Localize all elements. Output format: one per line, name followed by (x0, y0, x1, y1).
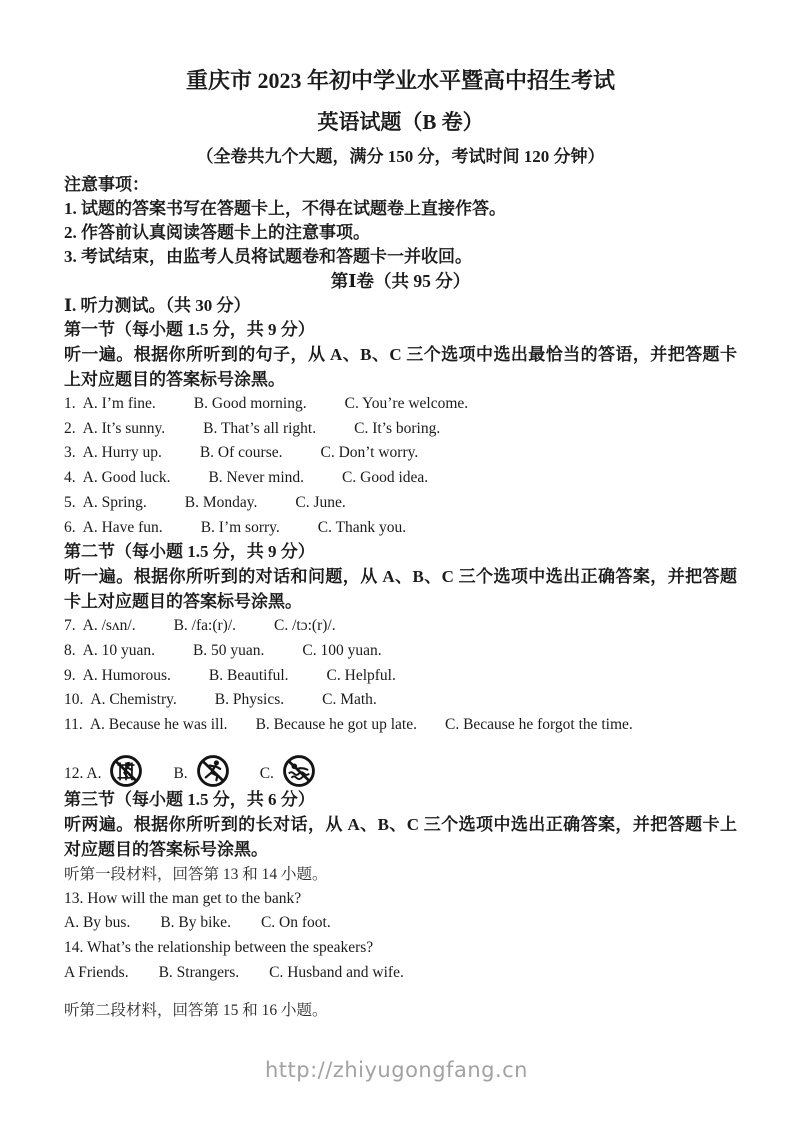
option-c: C. Husband and wife. (269, 964, 404, 981)
option-a: A. 10 yuan. (83, 642, 155, 659)
question-6: 6.A. Have fun.B. I’m sorry.C. Thank you. (64, 516, 737, 541)
no-swimming-sign-icon (282, 754, 316, 788)
option-b: B. Beautiful. (209, 667, 289, 684)
question-9: 9.A. Humorous.B. Beautiful.C. Helpful. (64, 664, 737, 689)
question-number: 10. (64, 691, 83, 708)
section1-instruction: 听一遍。根据你所听到的句子，从 A、B、C 三个选项中选出最恰当的答语，并把答题… (64, 342, 737, 392)
option-b: B. Monday. (185, 494, 258, 511)
section3-heading: 第三节（每小题 1.5 分，共 6 分） (64, 788, 737, 812)
no-climbing-sign-icon (109, 754, 143, 788)
option-a: A Friends. (64, 964, 129, 981)
part1-heading: 第Ⅰ卷（共 95 分） (64, 269, 737, 294)
material1-note: 听第一段材料，回答第 13 和 14 小题。 (64, 862, 737, 887)
page-title: 重庆市 2023 年初中学业水平暨高中招生考试 (64, 66, 737, 96)
option-c: C. On foot. (261, 914, 331, 931)
question-14-text: 14. What’s the relationship between the … (64, 936, 737, 961)
option-a: A. Because he was ill. (90, 716, 228, 733)
option-c: C. It’s boring. (354, 420, 440, 437)
option-a: A. Have fun. (83, 519, 163, 536)
option-c: C. Because he forgot the time. (445, 716, 633, 733)
option-c: C. Don’t worry. (321, 444, 419, 461)
option-a: A. /sʌn/. (83, 617, 136, 634)
question-12-label-a: 12. A. (64, 762, 101, 787)
no-running-sign-icon (196, 754, 230, 788)
question-number: 5. (64, 494, 76, 511)
option-a: A. It’s sunny. (83, 420, 166, 437)
option-a: A. I’m fine. (83, 395, 156, 412)
question-12-label-b: B. (173, 762, 187, 787)
question-13-options: A. By bus.B. By bike.C. On foot. (64, 911, 737, 936)
option-b: B. Never mind. (208, 469, 304, 486)
option-a: A. Good luck. (83, 469, 171, 486)
exam-paper-page: 重庆市 2023 年初中学业水平暨高中招生考试 英语试题（B 卷） （全卷共九个… (0, 0, 793, 1122)
question-8: 8.A. 10 yuan.B. 50 yuan.C. 100 yuan. (64, 639, 737, 664)
question-12: 12. A. B. C. (64, 740, 737, 787)
option-a: A. Humorous. (83, 667, 171, 684)
option-a: A. By bus. (64, 914, 130, 931)
option-b: B. Because he got up late. (256, 716, 417, 733)
question-number: 8. (64, 642, 76, 659)
paper-subtitle: 英语试题（B 卷） (64, 108, 737, 136)
notice-item-2: 2. 作答前认真阅读答题卡上的注意事项。 (64, 221, 737, 245)
question-number: 4. (64, 469, 76, 486)
option-c: C. 100 yuan. (302, 642, 381, 659)
section3-instruction: 听两遍。根据你所听到的长对话，从 A、B、C 三个选项中选出正确答案，并把答题卡… (64, 812, 737, 862)
option-c: C. Helpful. (327, 667, 396, 684)
option-c: C. Thank you. (318, 519, 406, 536)
option-b: B. Physics. (215, 691, 284, 708)
section1-heading: 第一节（每小题 1.5 分，共 9 分） (64, 318, 737, 342)
option-a: A. Hurry up. (83, 444, 162, 461)
question-3: 3.A. Hurry up.B. Of course.C. Don’t worr… (64, 441, 737, 466)
option-b: B. That’s all right. (203, 420, 316, 437)
question-number: 9. (64, 667, 76, 684)
question-1: 1.A. I’m fine.B. Good morning.C. You’re … (64, 392, 737, 417)
question-number: 7. (64, 617, 76, 634)
option-a: A. Chemistry. (90, 691, 176, 708)
question-2: 2.A. It’s sunny.B. That’s all right.C. I… (64, 417, 737, 442)
question-7: 7.A. /sʌn/.B. /fa:(r)/.C. /tɔ:(r)/. (64, 614, 737, 639)
question-number: 6. (64, 519, 76, 536)
material2-note: 听第二段材料，回答第 15 和 16 小题。 (64, 998, 737, 1023)
option-b: B. Strangers. (159, 964, 240, 981)
question-number: 2. (64, 420, 76, 437)
question-10: 10.A. Chemistry.B. Physics.C. Math. (64, 688, 737, 713)
notices-heading: 注意事项： (64, 173, 737, 197)
option-b: B. Good morning. (194, 395, 307, 412)
question-12-label-c: C. (260, 762, 274, 787)
notice-item-1: 1. 试题的答案书写在答题卡上，不得在试题卷上直接作答。 (64, 197, 737, 221)
notice-item-3: 3. 考试结束，由监考人员将试题卷和答题卡一并收回。 (64, 245, 737, 269)
option-c: C. June. (295, 494, 345, 511)
question-number: 11. (64, 716, 83, 733)
question-4: 4.A. Good luck.B. Never mind.C. Good ide… (64, 466, 737, 491)
option-c: C. /tɔ:(r)/. (274, 617, 336, 634)
option-c: C. Math. (322, 691, 377, 708)
site-watermark: http://zhiyugongfang.cn (0, 1058, 793, 1082)
option-b: B. 50 yuan. (193, 642, 264, 659)
option-a: A. Spring. (83, 494, 147, 511)
question-13-text: 13. How will the man get to the bank? (64, 887, 737, 912)
question-14-options: A Friends.B. Strangers.C. Husband and wi… (64, 961, 737, 986)
option-b: B. By bike. (160, 914, 231, 931)
section2-instruction: 听一遍。根据你所听到的对话和问题，从 A、B、C 三个选项中选出正确答案，并把答… (64, 564, 737, 614)
section2-heading: 第二节（每小题 1.5 分，共 9 分） (64, 540, 737, 564)
exam-info-line: （全卷共九个大题，满分 150 分，考试时间 120 分钟） (64, 146, 737, 168)
question-number: 3. (64, 444, 76, 461)
option-b: B. Of course. (200, 444, 283, 461)
question-11: 11.A. Because he was ill.B. Because he g… (64, 713, 737, 738)
option-c: C. Good idea. (342, 469, 428, 486)
option-b: B. I’m sorry. (201, 519, 280, 536)
option-c: C. You’re welcome. (345, 395, 469, 412)
listening-section-heading: Ⅰ. 听力测试。（共 30 分） (64, 294, 737, 318)
question-5: 5.A. Spring.B. Monday.C. June. (64, 491, 737, 516)
option-b: B. /fa:(r)/. (174, 617, 236, 634)
question-number: 1. (64, 395, 76, 412)
